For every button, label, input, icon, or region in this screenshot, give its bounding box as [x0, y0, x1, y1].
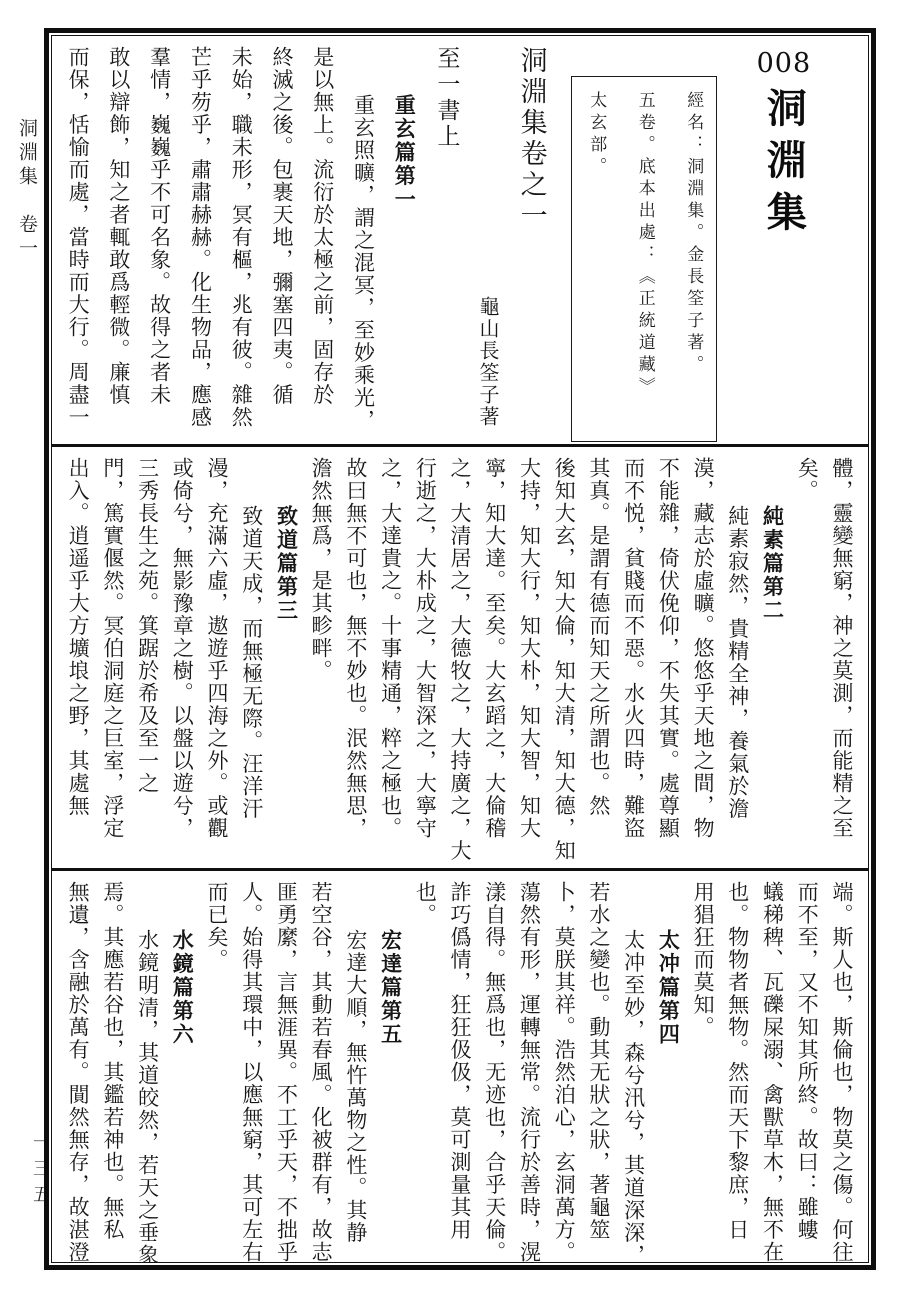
- text-column: 也。: [413, 881, 437, 1252]
- text-column: 人。始得其環中，以應無窮，其可左右: [240, 881, 264, 1252]
- text-column: 而已矣。: [205, 881, 229, 1252]
- page-frame: 008 洞淵集 經名：洞淵集。金長筌子著。 五卷。底本出處：《正統道藏》 太玄部…: [44, 28, 876, 1270]
- text-column: 重玄照曠，謂之混冥，至妙乘光，: [351, 46, 375, 434]
- text-column: 匪勇縻，言無涯異。不工乎天，不拙乎: [274, 881, 298, 1252]
- text-column: 漠，藏志於虛曠。悠悠乎天地之間，物: [691, 457, 715, 858]
- text-column: 至一書上: [433, 46, 459, 434]
- colophon-column: 經名：洞淵集。金長筌子著。: [684, 91, 701, 427]
- text-column: 之，大清居之，大德牧之，大持廣之，大: [448, 457, 472, 858]
- section-heading: 宏達篇第五: [378, 881, 402, 1252]
- text-column: 而不悦，貧賤而不惡。水火四時，難盜: [622, 457, 646, 858]
- text-column: 之，大達貴之。十事精通，粹之極也。: [378, 457, 402, 858]
- section-heading: 水鏡篇第六: [170, 881, 194, 1252]
- text-column: 宏達大順，無忤萬物之性。其静: [344, 881, 368, 1252]
- text-column: 三秀長生之苑。箕踞於希及至一之: [135, 457, 159, 858]
- text-column: 龜山長筌子著: [476, 46, 499, 434]
- text-column: 也。物物者無物。然而天下黎庶，日: [726, 881, 750, 1252]
- book-number: 008: [757, 48, 812, 79]
- section-heading: 重玄篇第一: [392, 46, 416, 434]
- text-column: 端。斯人也，斯倫也，物莫之傷。何往: [830, 881, 854, 1252]
- text-column: 漾自得。無爲也，无迹也，合乎天倫。: [483, 881, 507, 1252]
- book-title-block: 008 洞淵集: [748, 46, 820, 434]
- text-column: 而保，恬愉而處，當時而大行。周盡一: [66, 46, 90, 434]
- text-column: 漫，充滿六虛，遨遊乎四海之外。或觀: [205, 457, 229, 858]
- text-column: 致道天成，而無極无際。汪洋汗: [240, 457, 264, 858]
- text-column: 後知大玄，知大倫，知大清，知大德，知: [552, 457, 576, 858]
- text-column: 卜，莫朕其祥。浩然泊心，玄洞萬方。: [552, 881, 576, 1252]
- text-column: 而不至，又不知其所終。故曰：雖螻: [795, 881, 819, 1252]
- text-column: 體，靈變無窮，神之莫測，而能精之至: [830, 457, 854, 858]
- page-frame-inner: 008 洞淵集 經名：洞淵集。金長筌子著。 五卷。底本出處：《正統道藏》 太玄部…: [51, 35, 869, 1263]
- section-heading: 致道篇第三: [274, 457, 298, 858]
- text-column: 詐巧僞情，狂狂伋伋，莫可測量其用: [448, 881, 472, 1252]
- text-column: 若空谷，其動若春風。化被群有，故志: [309, 881, 333, 1252]
- text-column: 大持，知大行，知大朴，知大智，知大: [517, 457, 541, 858]
- text-column: 澹然無爲，是其畛畔。: [309, 457, 333, 858]
- text-column: 無遺，含融於萬有。閴然無存，故湛澄: [66, 881, 90, 1252]
- colophon-column: 五卷。底本出處：《正統道藏》: [636, 91, 653, 427]
- text-column: 蟻稊稗、瓦礫屎溺、禽獸草木，無不在: [760, 881, 784, 1252]
- text-column: 出入。逍遥乎大方壙埌之野，其處無: [66, 457, 90, 858]
- text-column: 矣。: [795, 457, 819, 858]
- book-title: 洞淵集: [755, 87, 812, 243]
- text-column: 或倚兮，無影豫章之樹。以盤以遊兮，: [170, 457, 194, 858]
- text-column: 寧，知大達。至矣。大玄蹈之，大倫稽: [483, 457, 507, 858]
- text-column: 不能雜，倚伏俛仰，不失其實。處尊顯: [656, 457, 680, 858]
- text-band-bottom: 端。斯人也，斯倫也，物莫之傷。何往而不至，又不知其所終。故曰：雖螻蟻稊稗、瓦礫屎…: [52, 868, 868, 1262]
- text-column: 羣情，巍巍乎不可名象。故得之者未: [148, 46, 172, 434]
- text-column: 其真。是謂有德而知天之所謂也。然: [587, 457, 611, 858]
- text-column: 洞淵集卷之一: [516, 46, 547, 434]
- text-column: 芒乎芴乎，肅肅赫赫。化生物品，應感: [188, 46, 212, 434]
- text-column: 焉。其應若谷也，其鑑若神也。無私: [101, 881, 125, 1252]
- margin-volume-label: 洞淵集 卷一: [14, 118, 41, 262]
- text-column: 故曰無不可也，無不妙也。泯然無思，: [344, 457, 368, 858]
- section-heading: 太冲篇第四: [656, 881, 680, 1252]
- text-column: 是以無上。流衍於太極之前，固存於: [311, 46, 335, 434]
- colophon-column: 太玄部。: [587, 91, 604, 427]
- text-column: 純素寂然，貴精全神，養氣於澹: [726, 457, 750, 858]
- text-column: 太冲至妙，森兮汛兮，其道深深，: [622, 881, 646, 1252]
- text-column: 蕩然有形，運轉無常。流行於善時，滉: [517, 881, 541, 1252]
- colophon-box: 經名：洞淵集。金長筌子著。 五卷。底本出處：《正統道藏》 太玄部。: [571, 76, 717, 442]
- text-column: 若水之變也。動其无狀之狀，著龜筮: [587, 881, 611, 1252]
- text-column: 終滅之後。包裹天地，彌塞四夷。循: [270, 46, 294, 434]
- text-column: 未始，職未形，冥有樞，兆有彼。雜然: [229, 46, 253, 434]
- text-column: 用猖狂而莫知。: [691, 881, 715, 1252]
- text-column: 門，篤實偃然。冥伯洞庭之巨室，浮定: [101, 457, 125, 858]
- text-column: 敢以辯飾，知之者輒敢爲輕微。廉慎: [107, 46, 131, 434]
- section-heading: 純素篇第二: [760, 457, 784, 858]
- text-band-middle: 體，靈變無窮，神之莫測，而能精之至矣。純素篇第二純素寂然，貴精全神，養氣於澹漠，…: [52, 444, 868, 868]
- text-band-top: 008 洞淵集 經名：洞淵集。金長筌子著。 五卷。底本出處：《正統道藏》 太玄部…: [52, 36, 868, 444]
- text-column: 行逝之，大朴成之，大智深之，大寧守: [413, 457, 437, 858]
- text-column: 水鏡明清，其道皎然，若天之垂象: [135, 881, 159, 1252]
